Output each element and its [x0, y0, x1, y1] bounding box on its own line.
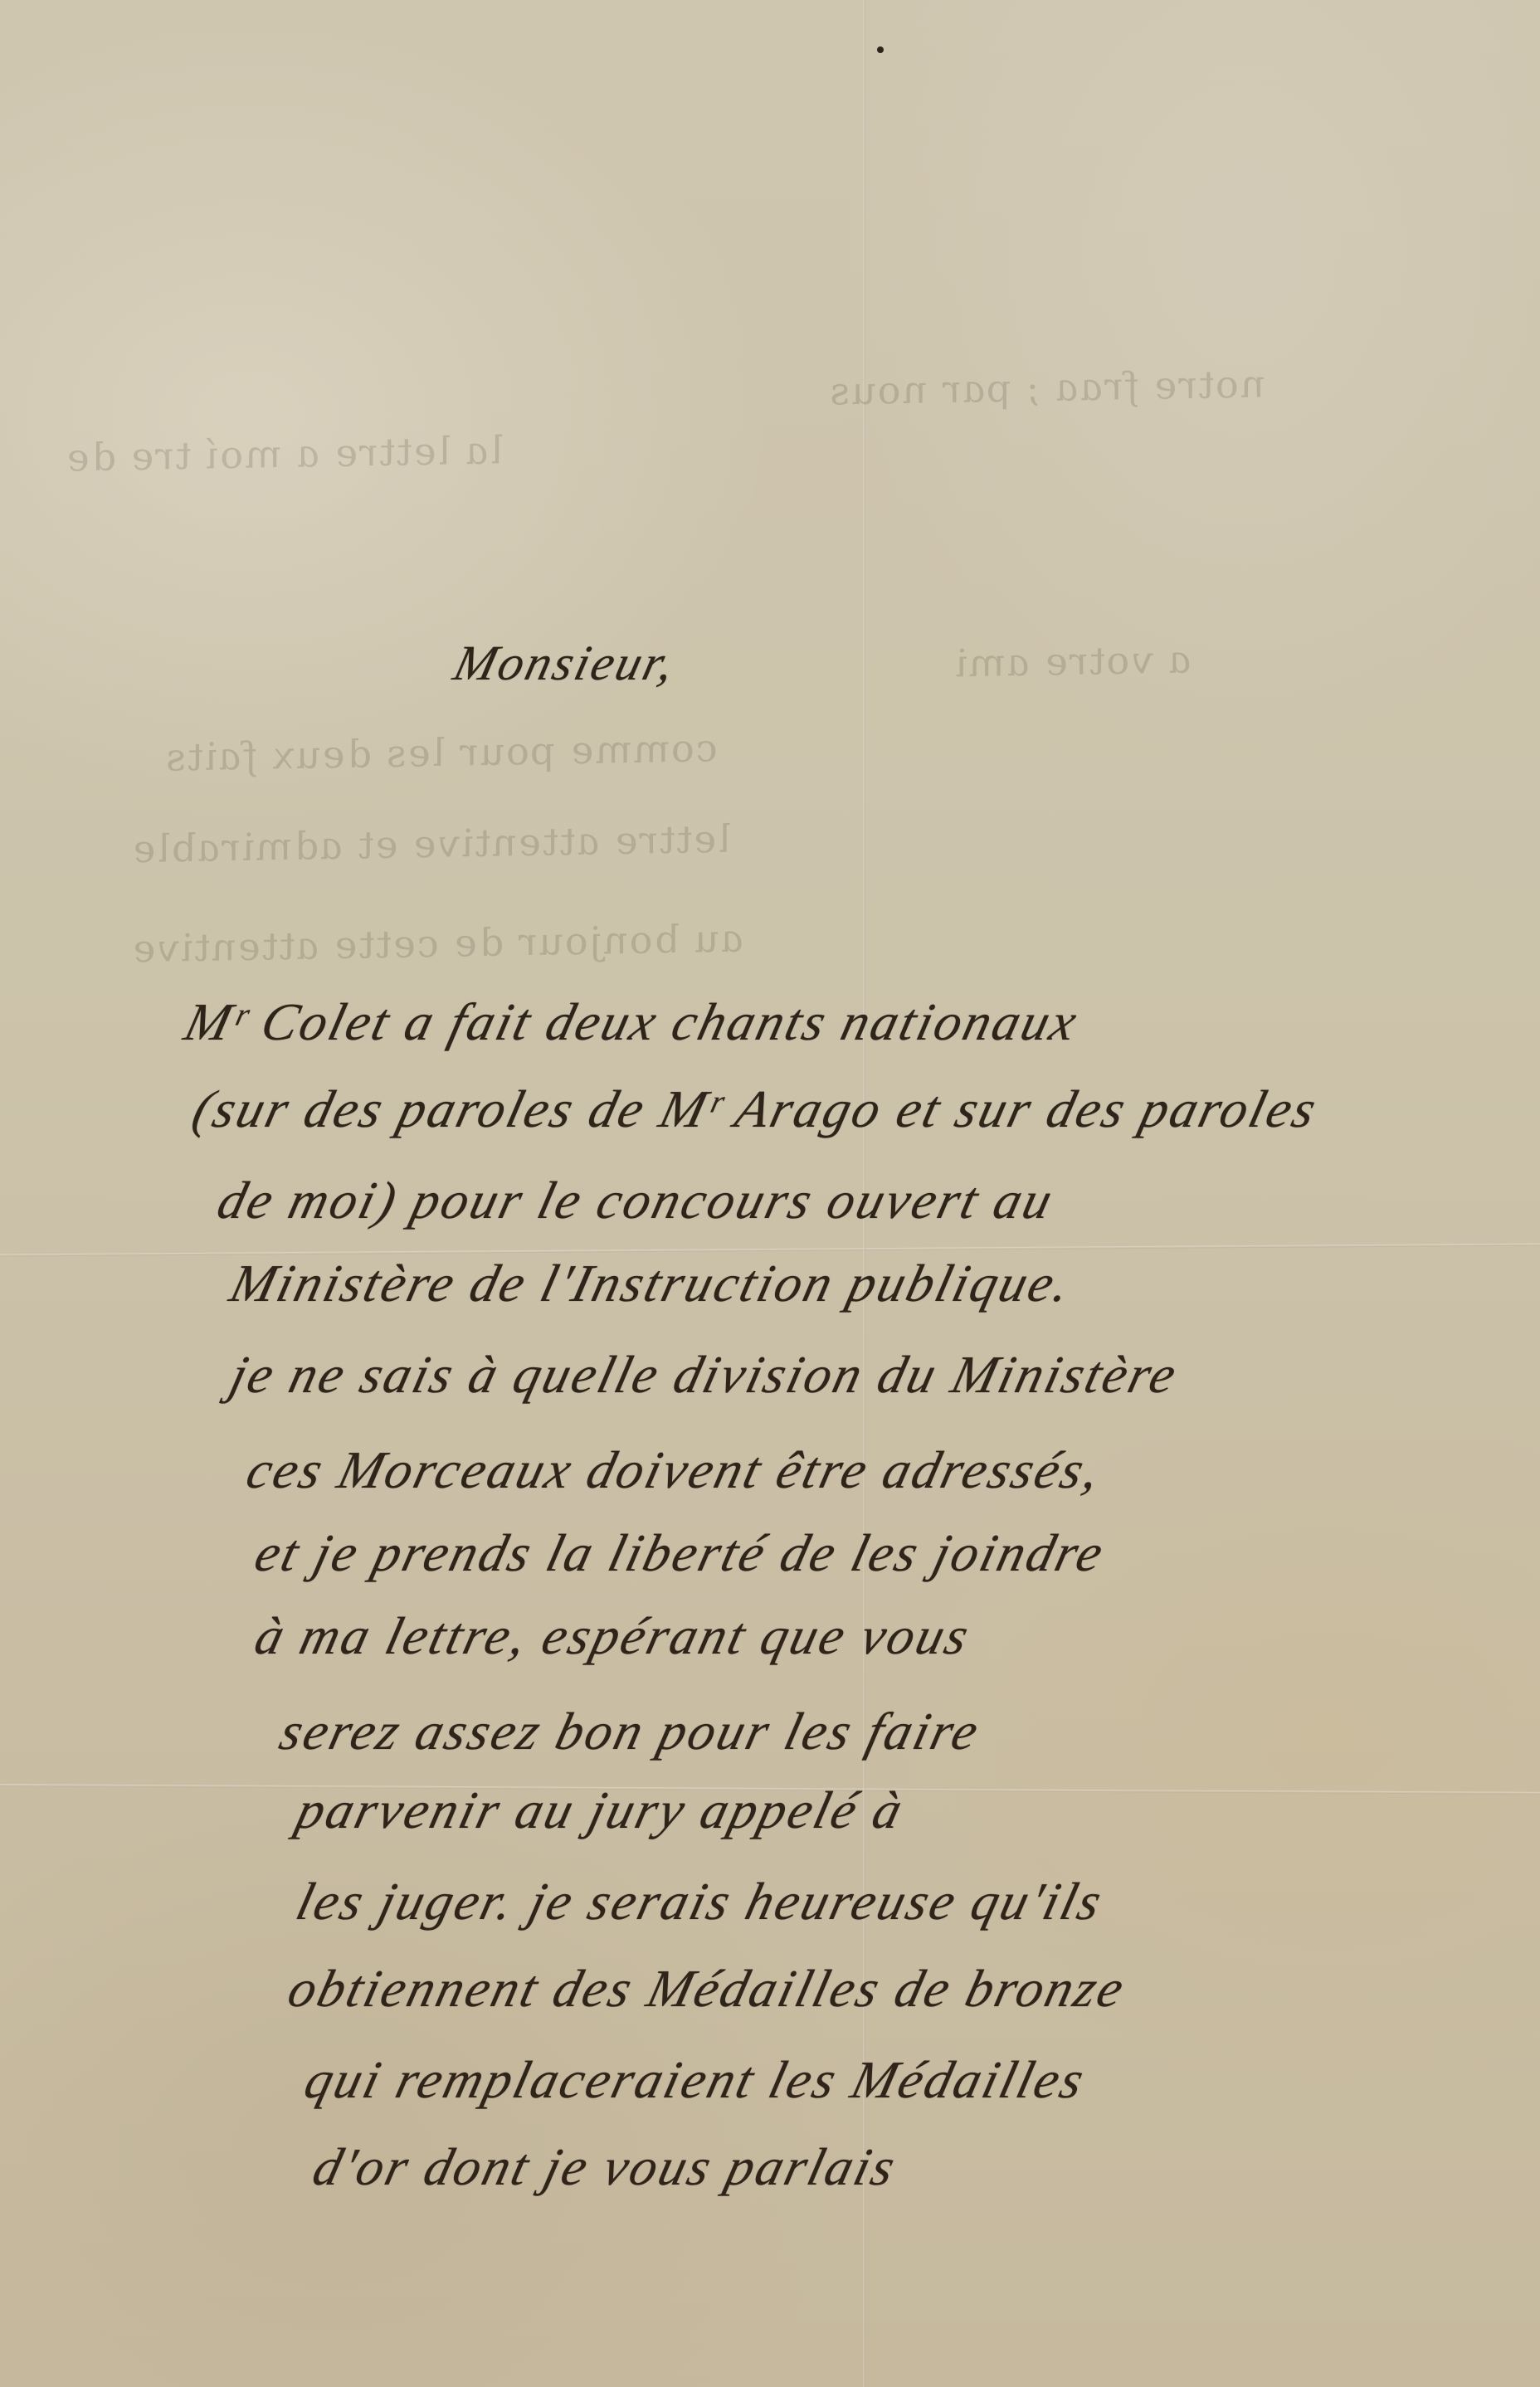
- letter-line-10: parvenir au jury appelé à: [290, 1780, 911, 1841]
- letter-line-7: et je prends la liberté de les joindre: [249, 1522, 1112, 1584]
- letter-line-8: à ma lettre, espérant que vous: [249, 1605, 977, 1667]
- letter-line-13: qui remplaceraient les Médailles: [299, 2049, 1092, 2111]
- letter-line-9: serez assez bon pour les faire: [274, 1701, 987, 1762]
- letter-page: notre fraa ; par nous la lettre a moí t…: [0, 0, 1540, 2387]
- letter-line-14: d'or dont je vous parlais: [307, 2136, 904, 2198]
- letter-line-5: je ne sais à quelle division du Ministèr…: [224, 1344, 1185, 1405]
- letter-line-4: Ministère de l'Instruction publique.: [224, 1253, 1079, 1314]
- bleed-through-text: au bonjour de cette attentive: [127, 916, 748, 972]
- letter-line-1: Mʳ Colet a fait deux chants nationaux: [178, 991, 1085, 1053]
- ink-spot: [877, 46, 884, 53]
- bleed-through-text: notre fraa ; par nous: [825, 361, 1270, 413]
- letter-line-3: de moi) pour le concours ouvert au: [212, 1170, 1060, 1231]
- bleed-through-text: lettre attentive et admirable: [127, 816, 734, 872]
- salutation: Monsieur,: [448, 635, 683, 692]
- letter-line-2: (sur des paroles de Mʳ Arago et sur des …: [187, 1079, 1324, 1140]
- bleed-through-text: comme pour les deux faits: [161, 725, 723, 780]
- letter-line-12: obtiennent des Médailles de bronze: [282, 1958, 1133, 2019]
- letter-line-11: les juger. je serais heureuse qu'ils: [290, 1871, 1109, 1932]
- letter-line-6: ces Morceaux doivent être adressés,: [241, 1440, 1109, 1501]
- bleed-through-text: a votre ami: [949, 637, 1196, 686]
- bleed-through-text: la lettre a moí tre de: [61, 427, 508, 480]
